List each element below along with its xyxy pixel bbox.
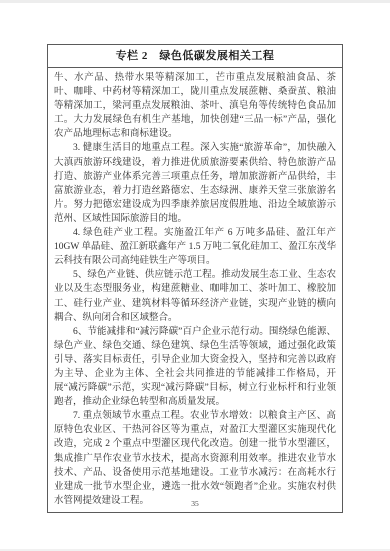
panel-paragraph: 6、节能减排和“减污降碳”百户企业示范行动。围绕绿色能源、绿色产业、绿色交通、绿… xyxy=(54,325,336,410)
panel-paragraph: 3. 健康生活目的地重点工程。深入实施“旅游革命”，加快融入大滇西旅游环线建设，… xyxy=(54,141,336,226)
panel-title: 专栏 2 绿色低碳发展相关工程 xyxy=(48,45,342,68)
panel-paragraph: 牛、水产品、热带水果等精深加工，芒市重点发展粮油食品、茶叶、咖啡、中药材等精深加… xyxy=(54,71,336,141)
project-panel: 专栏 2 绿色低碳发展相关工程 牛、水产品、热带水果等精深加工，芒市重点发展粮油… xyxy=(47,44,343,513)
panel-body: 牛、水产品、热带水果等精深加工，芒市重点发展粮油食品、茶叶、咖啡、中药材等精深加… xyxy=(48,68,342,512)
page-number: 35 xyxy=(0,499,390,508)
panel-paragraph: 7. 重点领域节水重点工程。农业节水增效：以粮食主产区、高原特色农业区、干热河谷… xyxy=(54,409,336,508)
panel-paragraph: 5、绿色产业链、供应链示范工程。推动发展生态工业、生态农业以及生态型服务业，构建… xyxy=(54,268,336,324)
panel-paragraph: 4. 绿色硅产业工程。实施盈江年产 6 万吨多晶硅、盈江年产 10GW 单晶硅、… xyxy=(54,226,336,268)
scan-edge-top xyxy=(0,0,390,3)
document-page: { "page": { "number": "35" }, "panel": {… xyxy=(0,0,390,551)
